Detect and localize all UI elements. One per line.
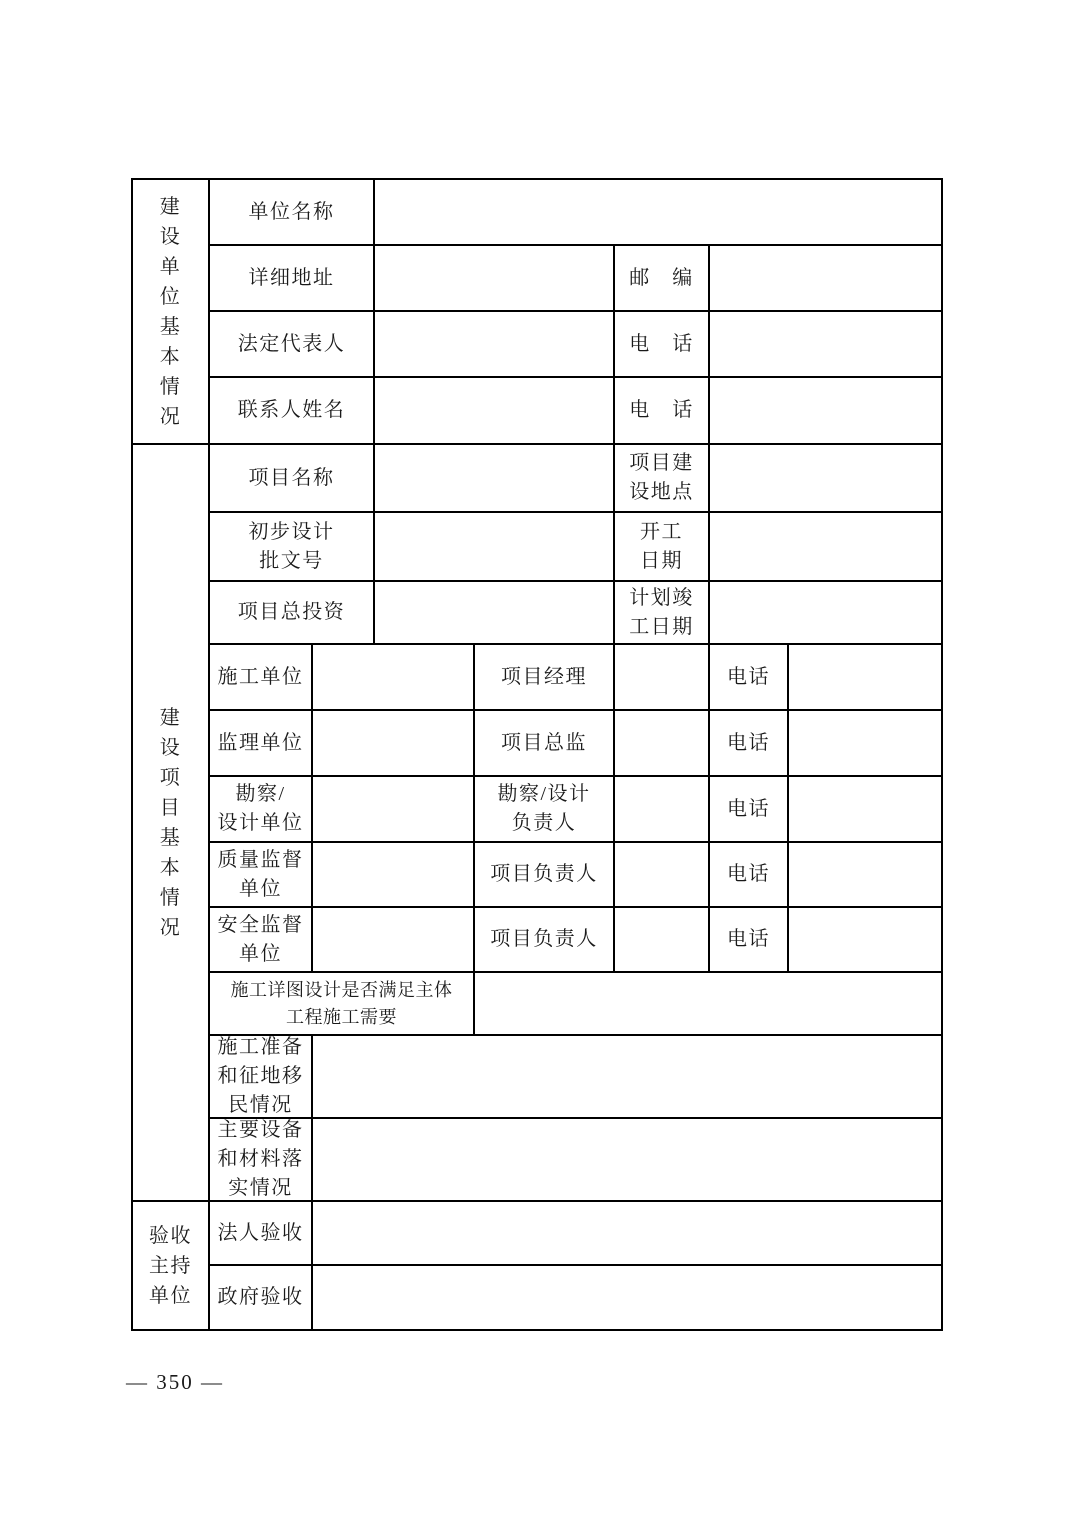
start-date-label: 开工 日期 xyxy=(615,513,710,582)
detail-drawing-question-label: 施工详图设计是否满足主体 工程施工需要 xyxy=(210,973,475,1036)
construction-preparation-value-cell xyxy=(313,1036,943,1119)
quality-phone-value-cell xyxy=(789,843,943,908)
chief-supervisor-value-cell xyxy=(615,711,710,777)
section-construction-project-title: 建 设 项 目 基 本 情 况 xyxy=(133,445,210,1202)
planned-completion-date-label: 计划竣 工日期 xyxy=(615,582,710,645)
address-value-cell xyxy=(375,246,615,312)
section-acceptance-host-title: 验收 主持 单位 xyxy=(133,1202,210,1331)
quality-project-head-value-cell xyxy=(615,843,710,908)
safety-project-head-label: 项目负责人 xyxy=(475,908,615,973)
supervision-phone-value-cell xyxy=(789,711,943,777)
legal-representative-phone-label: 电 话 xyxy=(615,312,710,378)
supervision-phone-label: 电话 xyxy=(710,711,789,777)
page-number: — 350 — xyxy=(126,1370,224,1395)
government-acceptance-value-cell xyxy=(313,1266,943,1331)
safety-supervision-unit-value-cell xyxy=(313,908,475,973)
chief-supervisor-label: 项目总监 xyxy=(475,711,615,777)
project-name-label: 项目名称 xyxy=(210,445,375,513)
preliminary-design-doc-label: 初步设计 批文号 xyxy=(210,513,375,582)
total-investment-value-cell xyxy=(375,582,615,645)
postal-code-value-cell xyxy=(710,246,943,312)
supervision-unit-value-cell xyxy=(313,711,475,777)
project-location-label: 项目建 设地点 xyxy=(615,445,710,513)
safety-supervision-unit-label: 安全监督 单位 xyxy=(210,908,313,973)
legal-representative-value-cell xyxy=(375,312,615,378)
legal-person-acceptance-value-cell xyxy=(313,1202,943,1266)
detail-drawing-question-value-cell xyxy=(475,973,943,1036)
construction-phone-label: 电话 xyxy=(710,645,789,711)
contact-name-value-cell xyxy=(375,378,615,445)
survey-design-phone-label: 电话 xyxy=(710,777,789,843)
equipment-materials-value-cell xyxy=(313,1119,943,1202)
safety-phone-value-cell xyxy=(789,908,943,973)
construction-preparation-label: 施工准备 和征地移 民情况 xyxy=(210,1036,313,1119)
unit-name-label: 单位名称 xyxy=(210,180,375,246)
survey-design-phone-value-cell xyxy=(789,777,943,843)
project-info-form-table: 建 设 单 位 基 本 情 况 单位名称 详细地址 邮 编 法定代表人 电 话 … xyxy=(131,178,943,1331)
safety-phone-label: 电话 xyxy=(710,908,789,973)
document-page: 建 设 单 位 基 本 情 况 单位名称 详细地址 邮 编 法定代表人 电 话 … xyxy=(0,0,1075,1519)
legal-representative-phone-value-cell xyxy=(710,312,943,378)
construction-unit-value-cell xyxy=(313,645,475,711)
legal-representative-label: 法定代表人 xyxy=(210,312,375,378)
legal-person-acceptance-label: 法人验收 xyxy=(210,1202,313,1266)
planned-completion-date-value-cell xyxy=(710,582,943,645)
total-investment-label: 项目总投资 xyxy=(210,582,375,645)
safety-project-head-value-cell xyxy=(615,908,710,973)
construction-unit-label: 施工单位 xyxy=(210,645,313,711)
survey-design-head-label: 勘察/设计 负责人 xyxy=(475,777,615,843)
quality-supervision-unit-value-cell xyxy=(313,843,475,908)
preliminary-design-doc-value-cell xyxy=(375,513,615,582)
project-manager-value-cell xyxy=(615,645,710,711)
project-manager-label: 项目经理 xyxy=(475,645,615,711)
government-acceptance-label: 政府验收 xyxy=(210,1266,313,1331)
supervision-unit-label: 监理单位 xyxy=(210,711,313,777)
quality-phone-label: 电话 xyxy=(710,843,789,908)
survey-design-head-value-cell xyxy=(615,777,710,843)
postal-code-label: 邮 编 xyxy=(615,246,710,312)
start-date-value-cell xyxy=(710,513,943,582)
survey-design-unit-label: 勘察/ 设计单位 xyxy=(210,777,313,843)
section-construction-unit-title: 建 设 单 位 基 本 情 况 xyxy=(133,180,210,445)
project-location-value-cell xyxy=(710,445,943,513)
project-name-value-cell xyxy=(375,445,615,513)
contact-phone-value-cell xyxy=(710,378,943,445)
equipment-materials-label: 主要设备 和材料落 实情况 xyxy=(210,1119,313,1202)
contact-name-label: 联系人姓名 xyxy=(210,378,375,445)
contact-phone-label: 电 话 xyxy=(615,378,710,445)
address-label: 详细地址 xyxy=(210,246,375,312)
unit-name-value-cell xyxy=(375,180,943,246)
survey-design-unit-value-cell xyxy=(313,777,475,843)
quality-project-head-label: 项目负责人 xyxy=(475,843,615,908)
quality-supervision-unit-label: 质量监督 单位 xyxy=(210,843,313,908)
construction-phone-value-cell xyxy=(789,645,943,711)
